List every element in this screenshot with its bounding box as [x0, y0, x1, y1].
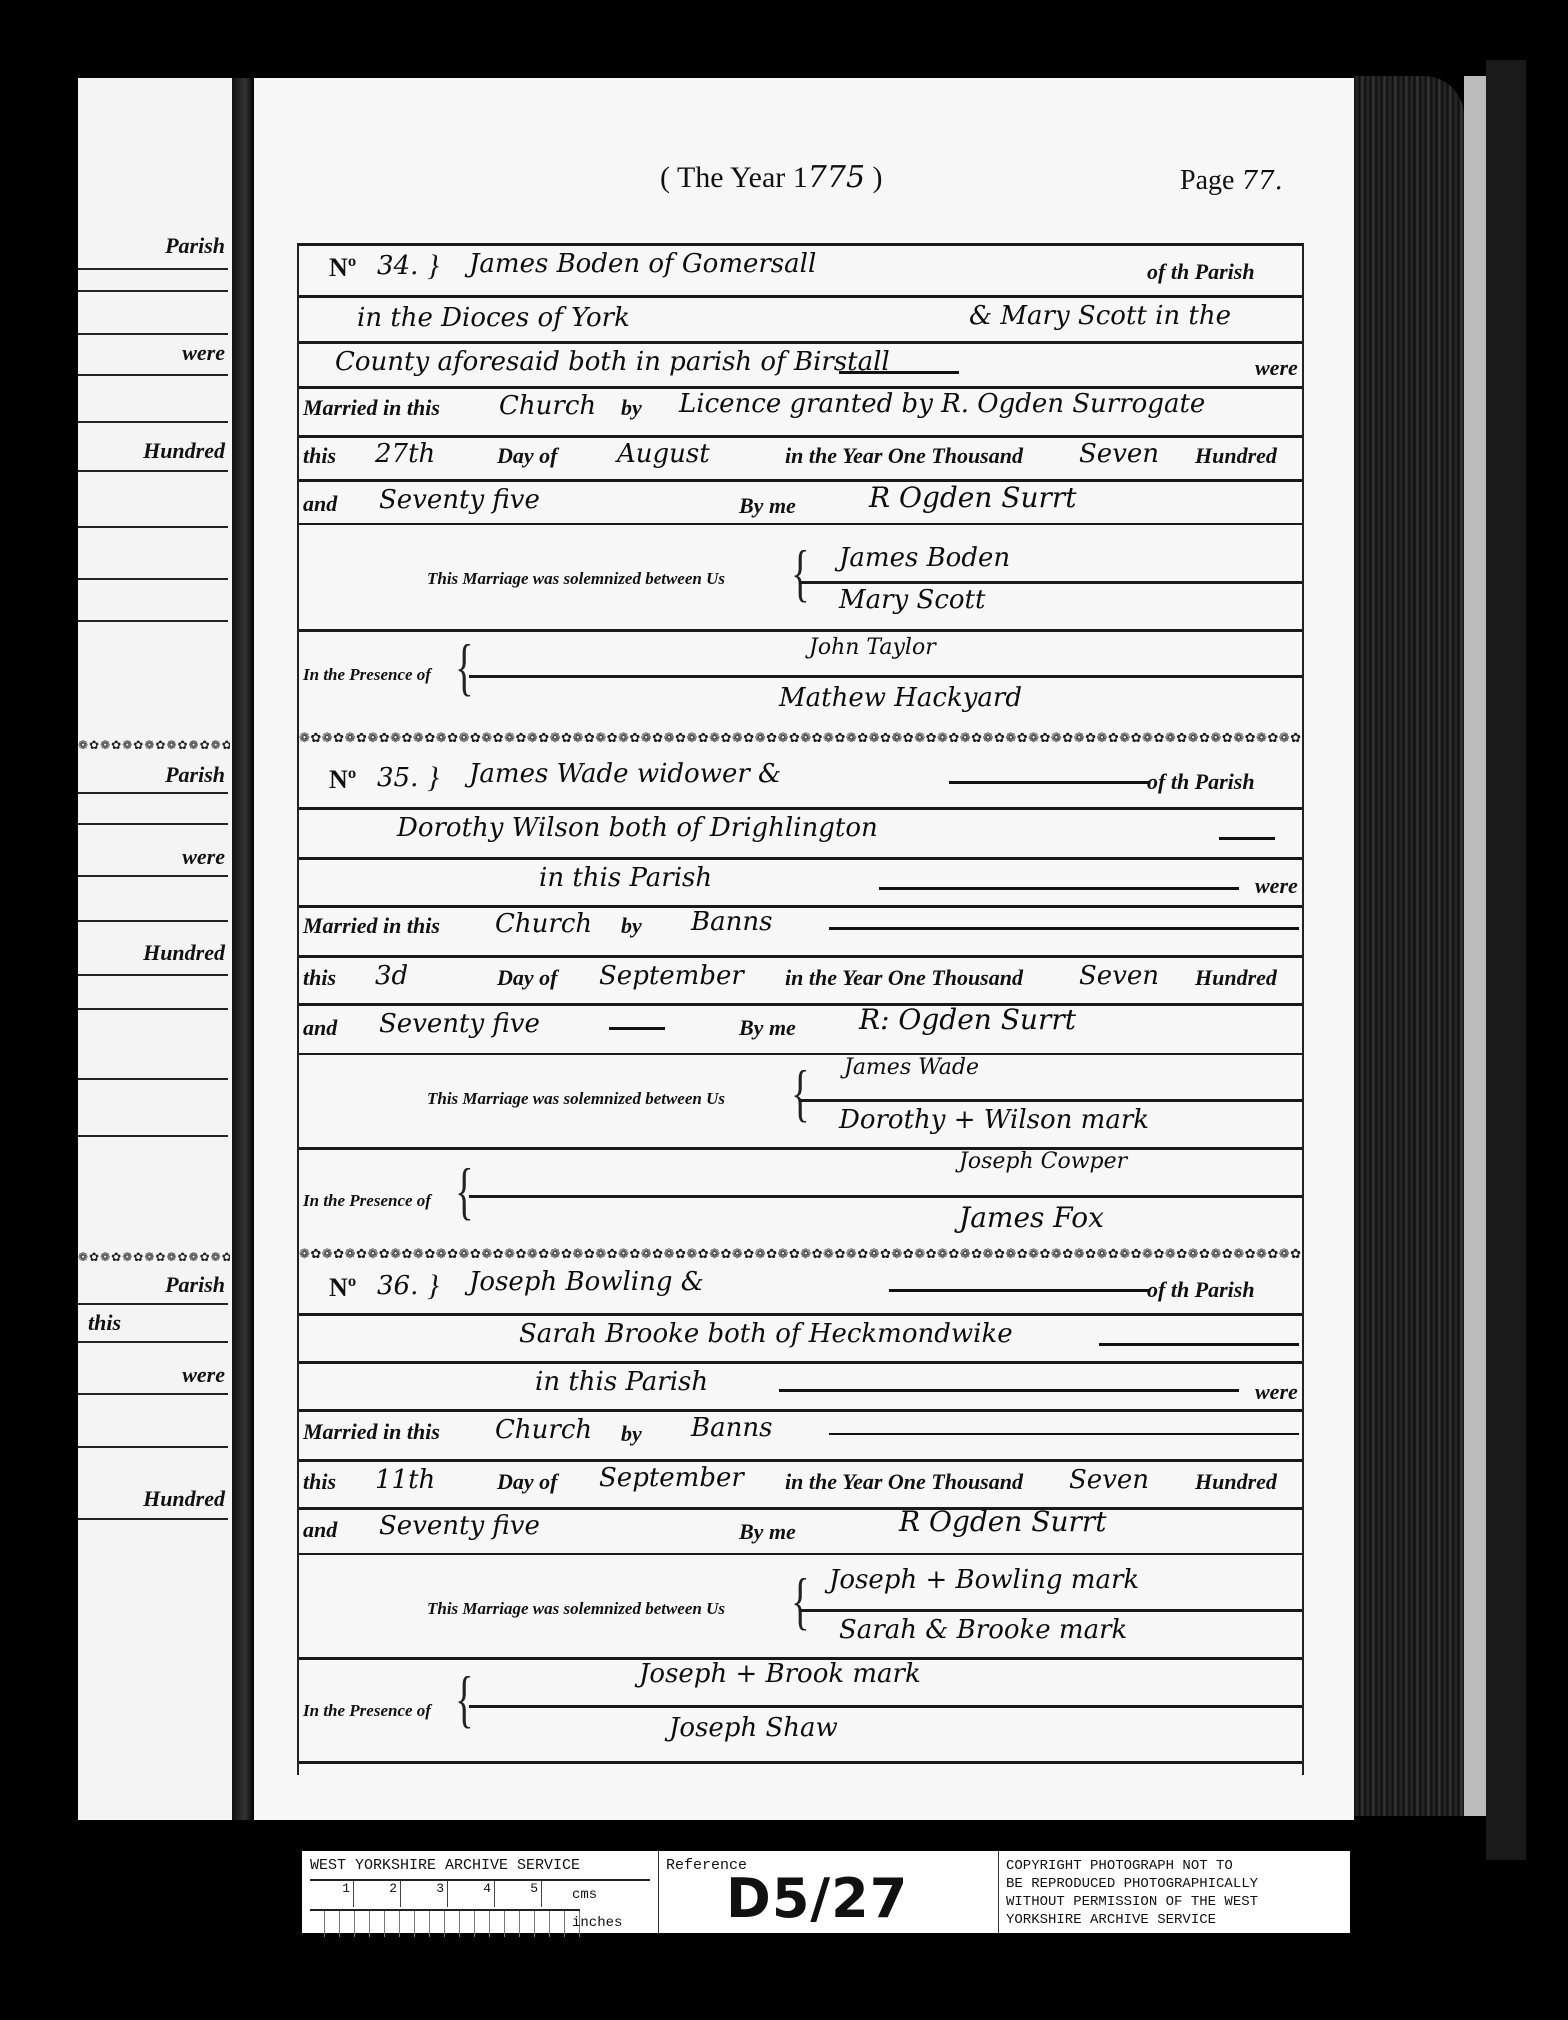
rule: [78, 268, 228, 270]
brace: {: [455, 1159, 473, 1223]
inches-label: inches: [572, 1915, 622, 1931]
brace: {: [791, 1061, 809, 1125]
left-word: Hundred: [143, 438, 225, 464]
copyright-notice: COPYRIGHT PHOTOGRAPH NOT TO BE REPRODUCE…: [1006, 1857, 1258, 1929]
flourish-divider: ❁✿❁✿❁✿❁✿❁✿❁✿❁✿❁✿❁✿❁✿❁✿❁✿❁✿❁✿❁✿❁✿❁✿❁✿❁✿❁✿…: [299, 1246, 1302, 1262]
officiant-signature: R: Ogden Surrt: [859, 1003, 1076, 1036]
rule: [78, 333, 228, 335]
groom-line: James Boden of Gomersall: [469, 249, 816, 279]
rule: [469, 1705, 1302, 1708]
rule: [78, 920, 228, 922]
ruler-mark: 1: [310, 1881, 354, 1907]
left-word: were: [182, 1362, 225, 1388]
rule: [78, 1446, 228, 1448]
and-label: and: [303, 491, 337, 517]
day-of-label: Day of: [497, 965, 557, 991]
day-value: 11th: [375, 1465, 435, 1495]
left-facing-page: Parish were Hundred ❁✿❁✿❁✿❁✿❁✿❁✿❁✿❁✿❁✿❁✿…: [78, 78, 235, 1820]
ruler-mark: 4: [451, 1881, 495, 1907]
rule: [78, 875, 228, 877]
bride-signature: Mary Scott: [839, 585, 985, 615]
place-value: Church: [499, 391, 596, 421]
dash: [1219, 837, 1275, 840]
copyright-cell: COPYRIGHT PHOTOGRAPH NOT TO BE REPRODUCE…: [998, 1851, 1350, 1933]
by-me-label: By me: [739, 1519, 796, 1545]
dash: [889, 1289, 1149, 1292]
groom-signature: James Boden: [839, 543, 1010, 573]
witness-signature: Joseph Cowper: [959, 1149, 1127, 1174]
year-label: ( The Year 1: [660, 161, 808, 194]
rule: [299, 1053, 1302, 1055]
archive-ruler-cell: WEST YORKSHIRE ARCHIVE SERVICE 1 2 3 4 5…: [302, 1851, 659, 1933]
year-tail-value: Seventy five: [379, 1009, 540, 1039]
were-label: were: [1255, 873, 1298, 899]
dash: [949, 781, 1149, 784]
rule: [299, 1507, 1302, 1510]
place-value: Church: [495, 909, 592, 939]
bride-line: Sarah Brooke both of Heckmondwike: [519, 1319, 1013, 1349]
brace: {: [791, 1569, 809, 1633]
solemnized-label: This Marriage was solemnized between Us: [427, 1089, 725, 1109]
inch-ticks: [310, 1909, 580, 1937]
married-label: Married in this: [303, 395, 440, 421]
archive-name: WEST YORKSHIRE ARCHIVE SERVICE: [310, 1857, 580, 1874]
day-of-label: Day of: [497, 1469, 557, 1495]
witness-signature: John Taylor: [809, 635, 936, 660]
rule: [299, 807, 1302, 810]
page-edges: [1354, 76, 1464, 1816]
dash: [1099, 1343, 1299, 1346]
hundred-label: Hundred: [1195, 1469, 1277, 1495]
rule: [299, 523, 1302, 525]
witness-signature: Joseph + Brook mark: [639, 1659, 921, 1689]
groom-line: James Wade widower &: [469, 759, 781, 789]
parish-label: of th Parish: [1147, 769, 1255, 795]
married-label: Married in this: [303, 913, 440, 939]
rule: [299, 1361, 1302, 1364]
residence-line: in this Parish: [539, 863, 712, 893]
bride-signature: Dorothy + Wilson mark: [839, 1105, 1149, 1135]
rule: [299, 629, 1302, 632]
bride-line: Dorothy Wilson both of Drighlington: [397, 813, 878, 843]
rule: [469, 1195, 1302, 1198]
rule: [299, 857, 1302, 860]
rule: [78, 1135, 228, 1137]
rule: [299, 295, 1302, 298]
rule: [299, 243, 1302, 246]
rule: [78, 578, 228, 580]
this-label: this: [303, 1469, 336, 1495]
page-number-handwritten: 77.: [1241, 166, 1282, 196]
rule: [78, 1341, 228, 1343]
rule: [78, 1518, 228, 1520]
and-label: and: [303, 1015, 337, 1041]
flourish-divider: ❁✿❁✿❁✿❁✿❁✿❁✿❁✿❁✿❁✿❁✿❁✿❁✿❁✿❁✿❁✿❁✿❁✿❁✿❁✿❁✿…: [78, 1250, 230, 1264]
parish-label: of th Parish: [1147, 1277, 1255, 1303]
diocese-line: in the Dioces of York: [357, 303, 630, 333]
dash: [829, 927, 1299, 930]
rule: [78, 470, 228, 472]
month-value: September: [599, 961, 744, 991]
and-label: and: [303, 1517, 337, 1543]
rule: [78, 792, 228, 794]
solemnized-label: This Marriage was solemnized between Us: [427, 1599, 725, 1619]
ruler-mark: 3: [404, 1881, 448, 1907]
scale-ruler: 1 2 3 4 5 cms inches: [310, 1879, 650, 1935]
left-word: Parish: [165, 1272, 225, 1298]
dash: [829, 1433, 1299, 1435]
left-word: Parish: [165, 762, 225, 788]
number-label: Nº: [329, 765, 356, 795]
groom-line: Joseph Bowling &: [469, 1267, 704, 1297]
rule: [78, 1393, 228, 1395]
number-label: Nº: [329, 253, 356, 283]
rule: [299, 435, 1302, 438]
day-value: 27th: [375, 439, 435, 469]
brace-small: }: [427, 1269, 439, 1303]
hundred-label: Hundred: [1195, 443, 1277, 469]
entry-number: 36.: [377, 1271, 418, 1301]
by-method-value: Banns: [691, 907, 772, 937]
page-label: Page: [1180, 165, 1234, 196]
year-tail-value: Seventy five: [379, 1511, 540, 1541]
number-label: Nº: [329, 1273, 356, 1303]
by-me-label: By me: [739, 1015, 796, 1041]
year-label: in the Year One Thousand: [785, 1469, 1023, 1495]
rule: [799, 581, 1302, 584]
left-word: Hundred: [143, 940, 225, 966]
by-label: by: [621, 395, 642, 421]
rule: [78, 1303, 228, 1305]
rule: [469, 675, 1302, 678]
rule: [299, 1409, 1302, 1412]
witness-signature: Joseph Shaw: [669, 1713, 838, 1743]
rule: [299, 479, 1302, 482]
flourish-divider: ❁✿❁✿❁✿❁✿❁✿❁✿❁✿❁✿❁✿❁✿❁✿❁✿❁✿❁✿❁✿❁✿❁✿❁✿❁✿❁✿…: [299, 730, 1302, 746]
rule: [299, 1553, 1302, 1555]
residence-line: County aforesaid both in parish of Birst…: [335, 347, 890, 377]
day-of-label: Day of: [497, 443, 557, 469]
dash: [879, 887, 1239, 890]
presence-label: In the Presence of: [303, 1701, 431, 1721]
cover-edge: [1464, 76, 1486, 1816]
year-word-value: Seven: [1079, 961, 1159, 991]
brace: {: [791, 541, 809, 605]
year-handwritten: 775: [808, 160, 865, 195]
brace: {: [455, 1667, 473, 1731]
rule: [78, 620, 228, 622]
rule: [299, 1761, 1302, 1764]
dash: [839, 371, 959, 374]
presence-label: In the Presence of: [303, 1191, 431, 1211]
left-word: were: [182, 340, 225, 366]
ruler-mark: 2: [357, 1881, 401, 1907]
rule: [299, 905, 1302, 908]
book-cover-board: [1486, 60, 1526, 1860]
bride-signature: Sarah & Brooke mark: [839, 1615, 1127, 1645]
rule: [299, 1313, 1302, 1316]
brace: {: [455, 635, 473, 699]
reference-value: D5/27: [726, 1867, 908, 1930]
rule: [799, 1609, 1302, 1612]
month-value: September: [599, 1463, 744, 1493]
groom-signature: James Wade: [844, 1055, 979, 1080]
witness-signature: James Fox: [959, 1201, 1104, 1234]
rule: [78, 823, 228, 825]
entry-number: 34.: [377, 251, 418, 281]
rule: [78, 526, 228, 528]
by-method-value: Banns: [691, 1413, 772, 1443]
reference-cell: Reference D5/27: [658, 1851, 999, 1933]
cms-label: cms: [572, 1887, 597, 1903]
rule: [78, 421, 228, 423]
year-word-value: Seven: [1069, 1465, 1149, 1495]
ruler-mark: 5: [498, 1881, 542, 1907]
married-label: Married in this: [303, 1419, 440, 1445]
brace-small: }: [427, 249, 439, 283]
this-label: this: [303, 443, 336, 469]
dash: [779, 1389, 1239, 1392]
archive-reference-strip: WEST YORKSHIRE ARCHIVE SERVICE 1 2 3 4 5…: [302, 1851, 1350, 1933]
year-tail-value: Seventy five: [379, 485, 540, 515]
solemnized-label: This Marriage was solemnized between Us: [427, 569, 725, 589]
rule: [299, 955, 1302, 958]
presence-label: In the Presence of: [303, 665, 431, 685]
rule: [78, 290, 228, 292]
by-me-label: By me: [739, 493, 796, 519]
left-word: Parish: [165, 233, 225, 259]
rule: [78, 374, 228, 376]
page-year-heading: ( The Year 1775 ): [660, 160, 883, 195]
were-label: were: [1255, 355, 1298, 381]
year-label: in the Year One Thousand: [785, 965, 1023, 991]
this-label: this: [303, 965, 336, 991]
marriage-register: Nº 34. } James Boden of Gomersall of th …: [297, 243, 1304, 1775]
rule: [299, 341, 1302, 344]
rule: [799, 1099, 1302, 1102]
officiant-signature: R Ogden Surrt: [869, 481, 1077, 514]
dash: [609, 1027, 665, 1030]
parish-label: of th Parish: [1147, 259, 1255, 285]
left-word: Hundred: [143, 1486, 225, 1512]
by-label: by: [621, 1421, 642, 1447]
rule: [78, 1078, 228, 1080]
rule: [299, 1003, 1302, 1006]
left-word: were: [182, 844, 225, 870]
year-label: in the Year One Thousand: [785, 443, 1023, 469]
officiant-signature: R Ogden Surrt: [899, 1505, 1107, 1538]
bride-line: & Mary Scott in the: [969, 301, 1231, 331]
residence-line: in this Parish: [535, 1367, 708, 1397]
groom-signature: Joseph + Bowling mark: [829, 1565, 1139, 1595]
were-label: were: [1255, 1379, 1298, 1405]
by-label: by: [621, 913, 642, 939]
binding-shadow: [232, 78, 254, 1820]
hundred-label: Hundred: [1195, 965, 1277, 991]
brace-small: }: [427, 761, 439, 795]
rule: [299, 1459, 1302, 1462]
page-number: Page 77.: [1180, 165, 1283, 197]
year-word-value: Seven: [1079, 439, 1159, 469]
year-close: ): [865, 161, 883, 194]
rule: [78, 1008, 228, 1010]
witness-signature: Mathew Hackyard: [779, 683, 1022, 713]
by-method-value: Licence granted by R. Ogden Surrogate: [679, 389, 1205, 419]
place-value: Church: [495, 1415, 592, 1445]
flourish-divider: ❁✿❁✿❁✿❁✿❁✿❁✿❁✿❁✿❁✿❁✿❁✿❁✿❁✿❁✿❁✿❁✿❁✿❁✿❁✿❁✿…: [78, 738, 230, 752]
day-value: 3d: [375, 961, 408, 991]
rule: [78, 974, 228, 976]
rule: [299, 1147, 1302, 1150]
month-value: August: [617, 439, 710, 469]
left-word: this: [88, 1310, 121, 1336]
entry-number: 35.: [377, 763, 418, 793]
